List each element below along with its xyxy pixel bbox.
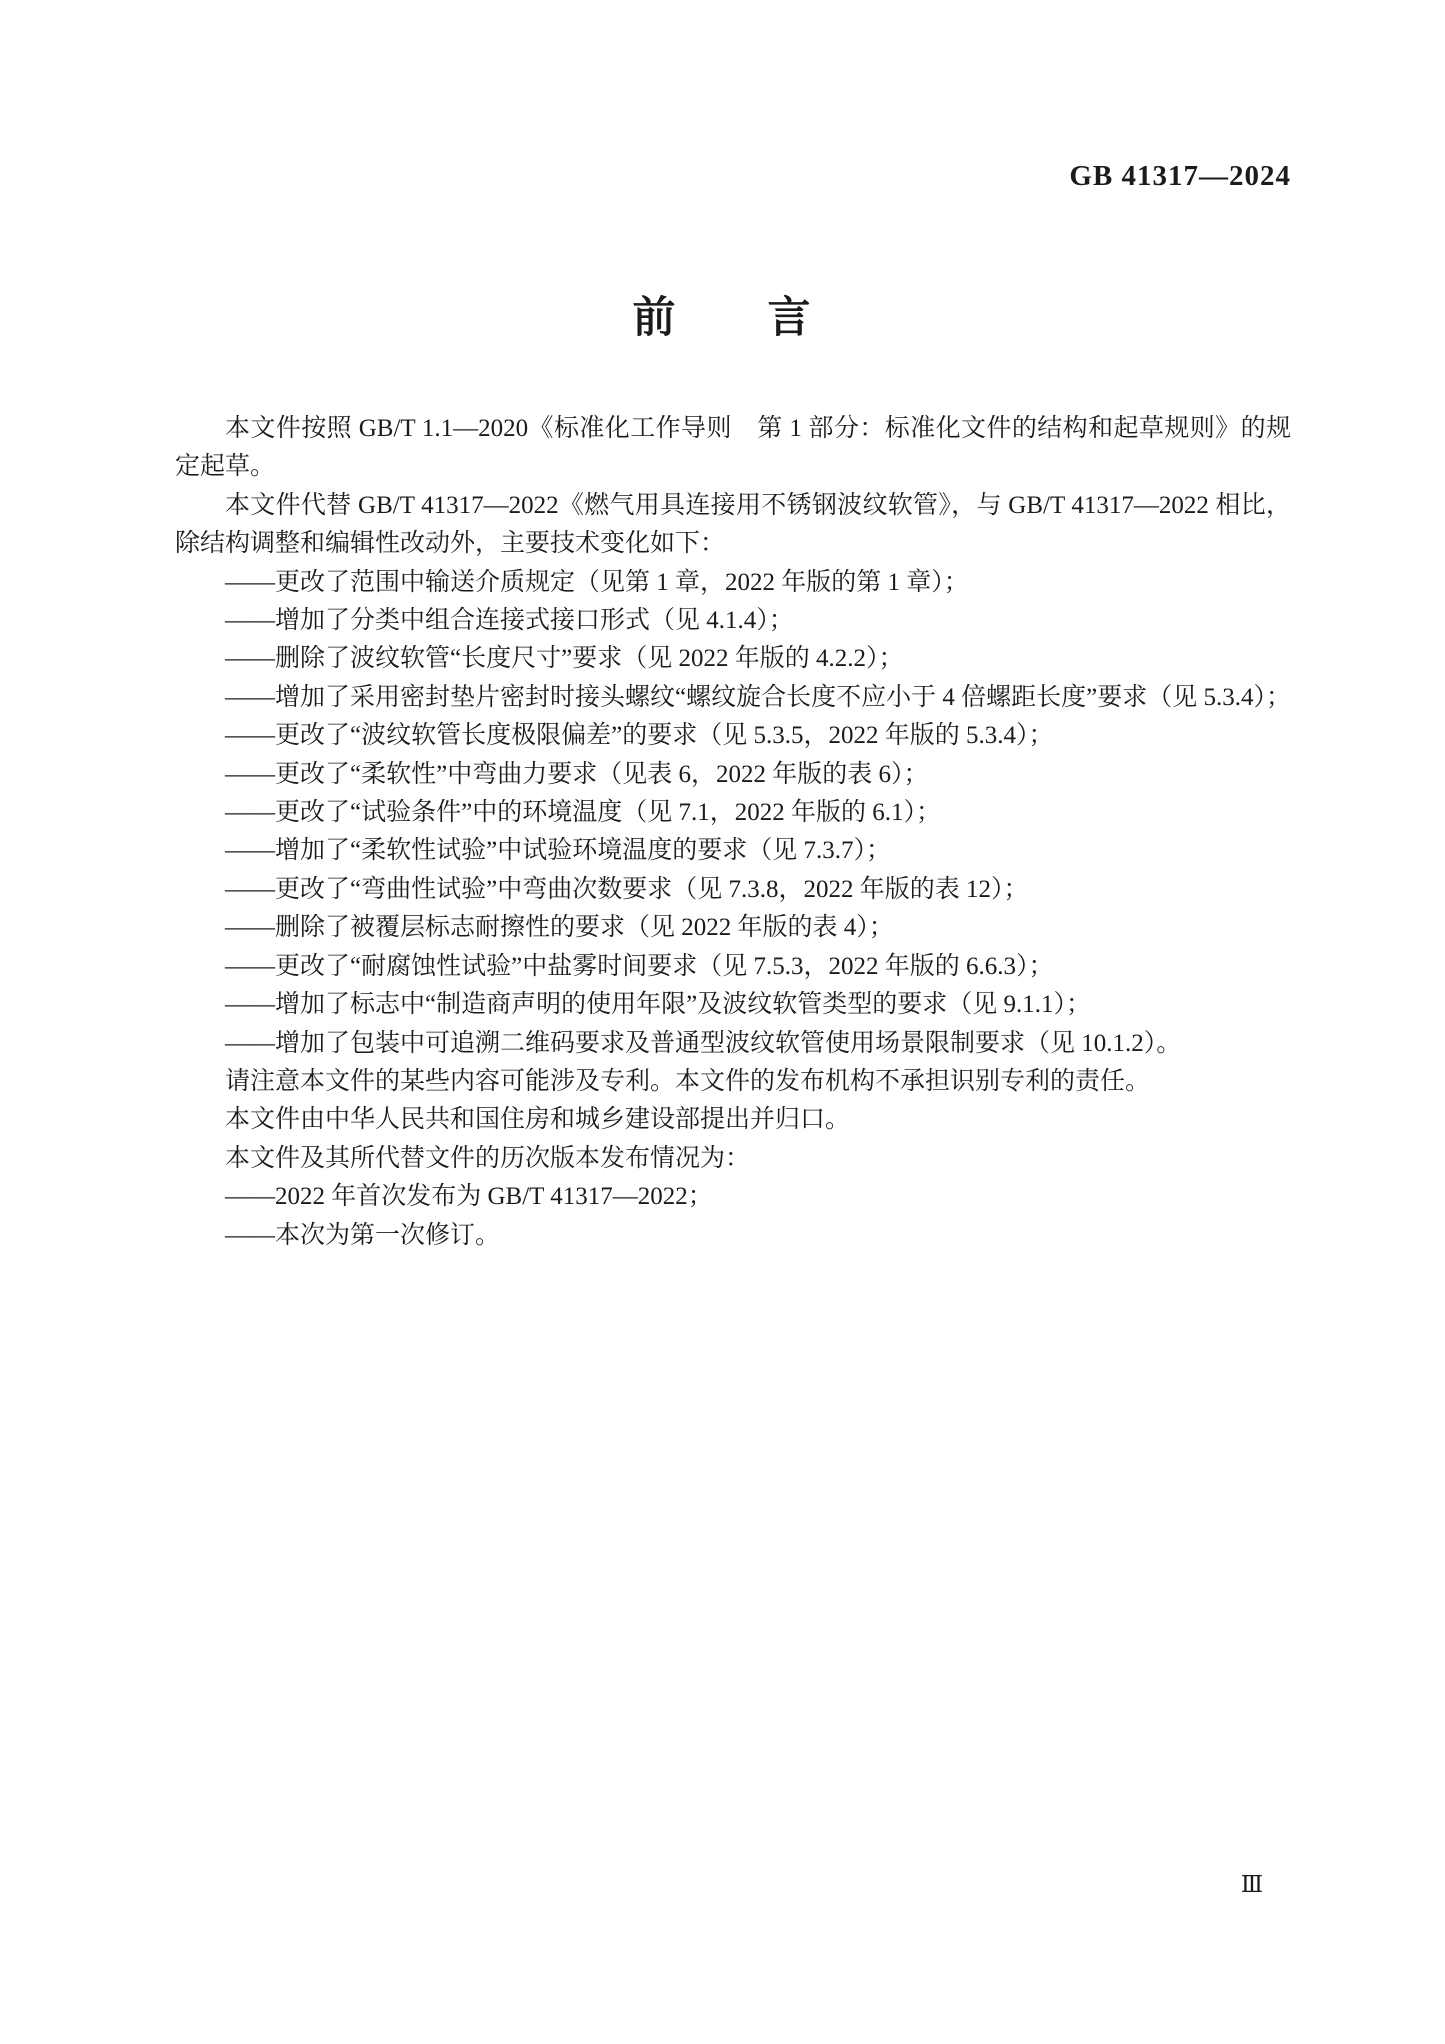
- foreword-paragraph: ——更改了“弯曲性试验”中弯曲次数要求（见 7.3.8，2022 年版的表 12…: [175, 871, 1291, 909]
- standard-number: GB 41317—2024: [1069, 160, 1291, 193]
- foreword-paragraph: 本文件及其所代替文件的历次版本发布情况为：: [175, 1140, 1291, 1178]
- foreword-paragraph: ——2022 年首次发布为 GB/T 41317—2022；: [175, 1178, 1291, 1216]
- foreword-paragraph: ——更改了“柔软性”中弯曲力要求（见表 6，2022 年版的表 6）；: [175, 756, 1291, 794]
- foreword-paragraph: 本文件由中华人民共和国住房和城乡建设部提出并归口。: [175, 1101, 1291, 1139]
- foreword-paragraph: ——增加了采用密封垫片密封时接头螺纹“螺纹旋合长度不应小于 4 倍螺距长度”要求…: [175, 679, 1291, 717]
- foreword-paragraph: ——删除了波纹软管“长度尺寸”要求（见 2022 年版的 4.2.2）；: [175, 640, 1291, 678]
- foreword-paragraph: ——更改了范围中输送介质规定（见第 1 章，2022 年版的第 1 章）；: [175, 564, 1291, 602]
- foreword-paragraph: ——增加了分类中组合连接式接口形式（见 4.1.4）；: [175, 602, 1291, 640]
- foreword-paragraph: ——增加了标志中“制造商声明的使用年限”及波纹软管类型的要求（见 9.1.1）；: [175, 986, 1291, 1024]
- foreword-paragraph: ——本次为第一次修订。: [175, 1217, 1291, 1255]
- foreword-paragraph: 本文件代替 GB/T 41317—2022《燃气用具连接用不锈钢波纹软管》，与 …: [175, 487, 1291, 564]
- standard-document-page: GB 41317—2024 前 言 本文件按照 GB/T 1.1—2020《标准…: [0, 0, 1445, 2044]
- foreword-paragraph: ——增加了“柔软性试验”中试验环境温度的要求（见 7.3.7）；: [175, 832, 1291, 870]
- foreword-paragraph: 本文件按照 GB/T 1.1—2020《标准化工作导则 第 1 部分：标准化文件…: [175, 410, 1291, 487]
- foreword-paragraph: ——更改了“耐腐蚀性试验”中盐雾时间要求（见 7.5.3，2022 年版的 6.…: [175, 948, 1291, 986]
- foreword-paragraph: ——删除了被覆层标志耐擦性的要求（见 2022 年版的表 4）；: [175, 909, 1291, 947]
- page-title: 前 言: [0, 284, 1445, 345]
- foreword-paragraph: 请注意本文件的某些内容可能涉及专利。本文件的发布机构不承担识别专利的责任。: [175, 1063, 1291, 1101]
- foreword-body: 本文件按照 GB/T 1.1—2020《标准化工作导则 第 1 部分：标准化文件…: [175, 410, 1291, 1255]
- page-number: Ⅲ: [1241, 1872, 1263, 1898]
- foreword-paragraph: ——增加了包装中可追溯二维码要求及普通型波纹软管使用场景限制要求（见 10.1.…: [175, 1025, 1291, 1063]
- foreword-paragraph: ——更改了“试验条件”中的环境温度（见 7.1，2022 年版的 6.1）；: [175, 794, 1291, 832]
- foreword-paragraph: ——更改了“波纹软管长度极限偏差”的要求（见 5.3.5，2022 年版的 5.…: [175, 717, 1291, 755]
